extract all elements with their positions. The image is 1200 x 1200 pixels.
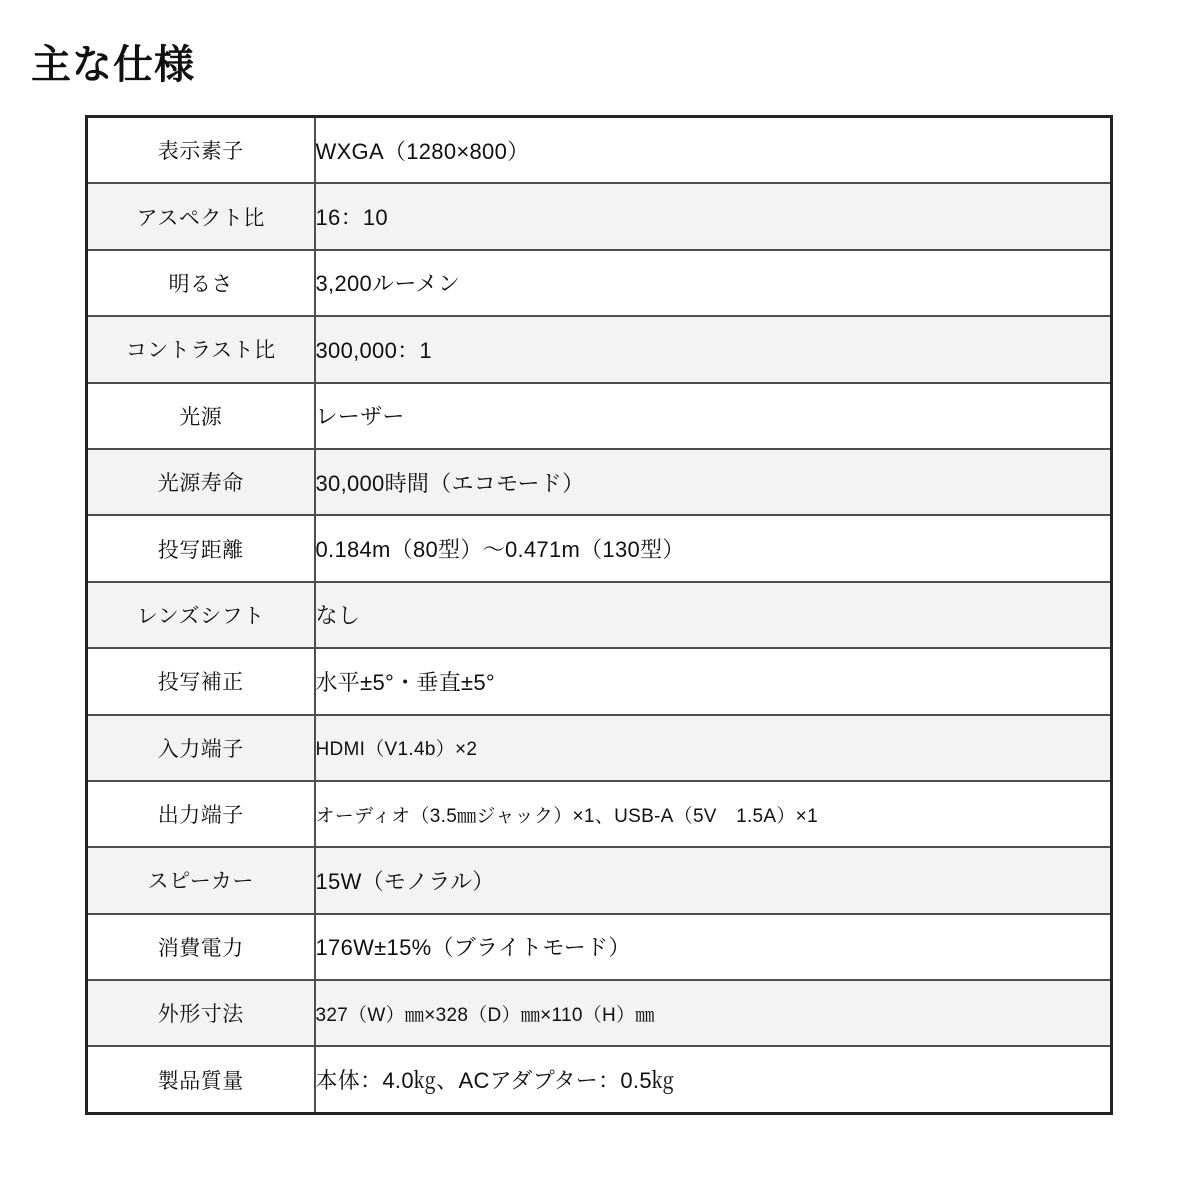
spec-label-cell: 入力端子 — [87, 715, 315, 781]
spec-value-cell: 3,200ルーメン — [315, 250, 1112, 316]
spec-label-cell: 投写補正 — [87, 648, 315, 714]
page: 主な仕様 表示素子WXGA（1280×800）アスペクト比16：10明るさ3,2… — [0, 0, 1200, 1200]
spec-label-cell: 製品質量 — [87, 1046, 315, 1113]
spec-label-cell: 光源寿命 — [87, 449, 315, 515]
table-row: 投写補正水平±5°・垂直±5° — [87, 648, 1112, 714]
spec-value-cell: オーディオ（3.5㎜ジャック）×1、USB-A（5V 1.5A）×1 — [315, 781, 1112, 847]
table-row: 外形寸法327（W）㎜×328（D）㎜×110（H）㎜ — [87, 980, 1112, 1046]
spec-table: 表示素子WXGA（1280×800）アスペクト比16：10明るさ3,200ルーメ… — [85, 115, 1113, 1115]
spec-table-grid: 表示素子WXGA（1280×800）アスペクト比16：10明るさ3,200ルーメ… — [85, 115, 1113, 1115]
table-row: レンズシフトなし — [87, 582, 1112, 648]
spec-value-cell: HDMI（V1.4b）×2 — [315, 715, 1112, 781]
table-row: 光源レーザー — [87, 383, 1112, 449]
spec-label-cell: 表示素子 — [87, 117, 315, 184]
table-row: アスペクト比16：10 — [87, 183, 1112, 249]
spec-value-cell: 30,000時間（エコモード） — [315, 449, 1112, 515]
spec-label-cell: アスペクト比 — [87, 183, 315, 249]
spec-label-cell: 光源 — [87, 383, 315, 449]
spec-value-cell: 15W（モノラル） — [315, 847, 1112, 913]
table-row: コントラスト比300,000：1 — [87, 316, 1112, 382]
spec-value-cell: 水平±5°・垂直±5° — [315, 648, 1112, 714]
table-row: 出力端子オーディオ（3.5㎜ジャック）×1、USB-A（5V 1.5A）×1 — [87, 781, 1112, 847]
table-row: 製品質量本体：4.0㎏、ACアダプター：0.5㎏ — [87, 1046, 1112, 1113]
page-title: 主な仕様 — [31, 33, 195, 90]
spec-label-cell: スピーカー — [87, 847, 315, 913]
spec-label-cell: 消費電力 — [87, 914, 315, 980]
spec-value-cell: レーザー — [315, 383, 1112, 449]
spec-value-cell: WXGA（1280×800） — [315, 117, 1112, 184]
spec-value-cell: 327（W）㎜×328（D）㎜×110（H）㎜ — [315, 980, 1112, 1046]
spec-value-cell: 本体：4.0㎏、ACアダプター：0.5㎏ — [315, 1046, 1112, 1113]
table-row: 光源寿命30,000時間（エコモード） — [87, 449, 1112, 515]
spec-label-cell: コントラスト比 — [87, 316, 315, 382]
spec-label-cell: 外形寸法 — [87, 980, 315, 1046]
table-row: 表示素子WXGA（1280×800） — [87, 117, 1112, 184]
spec-value-cell: 16：10 — [315, 183, 1112, 249]
spec-label-cell: 出力端子 — [87, 781, 315, 847]
spec-label-cell: 投写距離 — [87, 515, 315, 581]
table-row: 消費電力176W±15%（ブライトモード） — [87, 914, 1112, 980]
spec-value-cell: なし — [315, 582, 1112, 648]
table-row: 明るさ3,200ルーメン — [87, 250, 1112, 316]
table-row: スピーカー15W（モノラル） — [87, 847, 1112, 913]
spec-table-body: 表示素子WXGA（1280×800）アスペクト比16：10明るさ3,200ルーメ… — [87, 117, 1112, 1114]
spec-label-cell: レンズシフト — [87, 582, 315, 648]
spec-value-cell: 0.184m（80型）〜0.471m（130型） — [315, 515, 1112, 581]
spec-value-cell: 176W±15%（ブライトモード） — [315, 914, 1112, 980]
table-row: 投写距離0.184m（80型）〜0.471m（130型） — [87, 515, 1112, 581]
spec-label-cell: 明るさ — [87, 250, 315, 316]
table-row: 入力端子HDMI（V1.4b）×2 — [87, 715, 1112, 781]
spec-value-cell: 300,000：1 — [315, 316, 1112, 382]
